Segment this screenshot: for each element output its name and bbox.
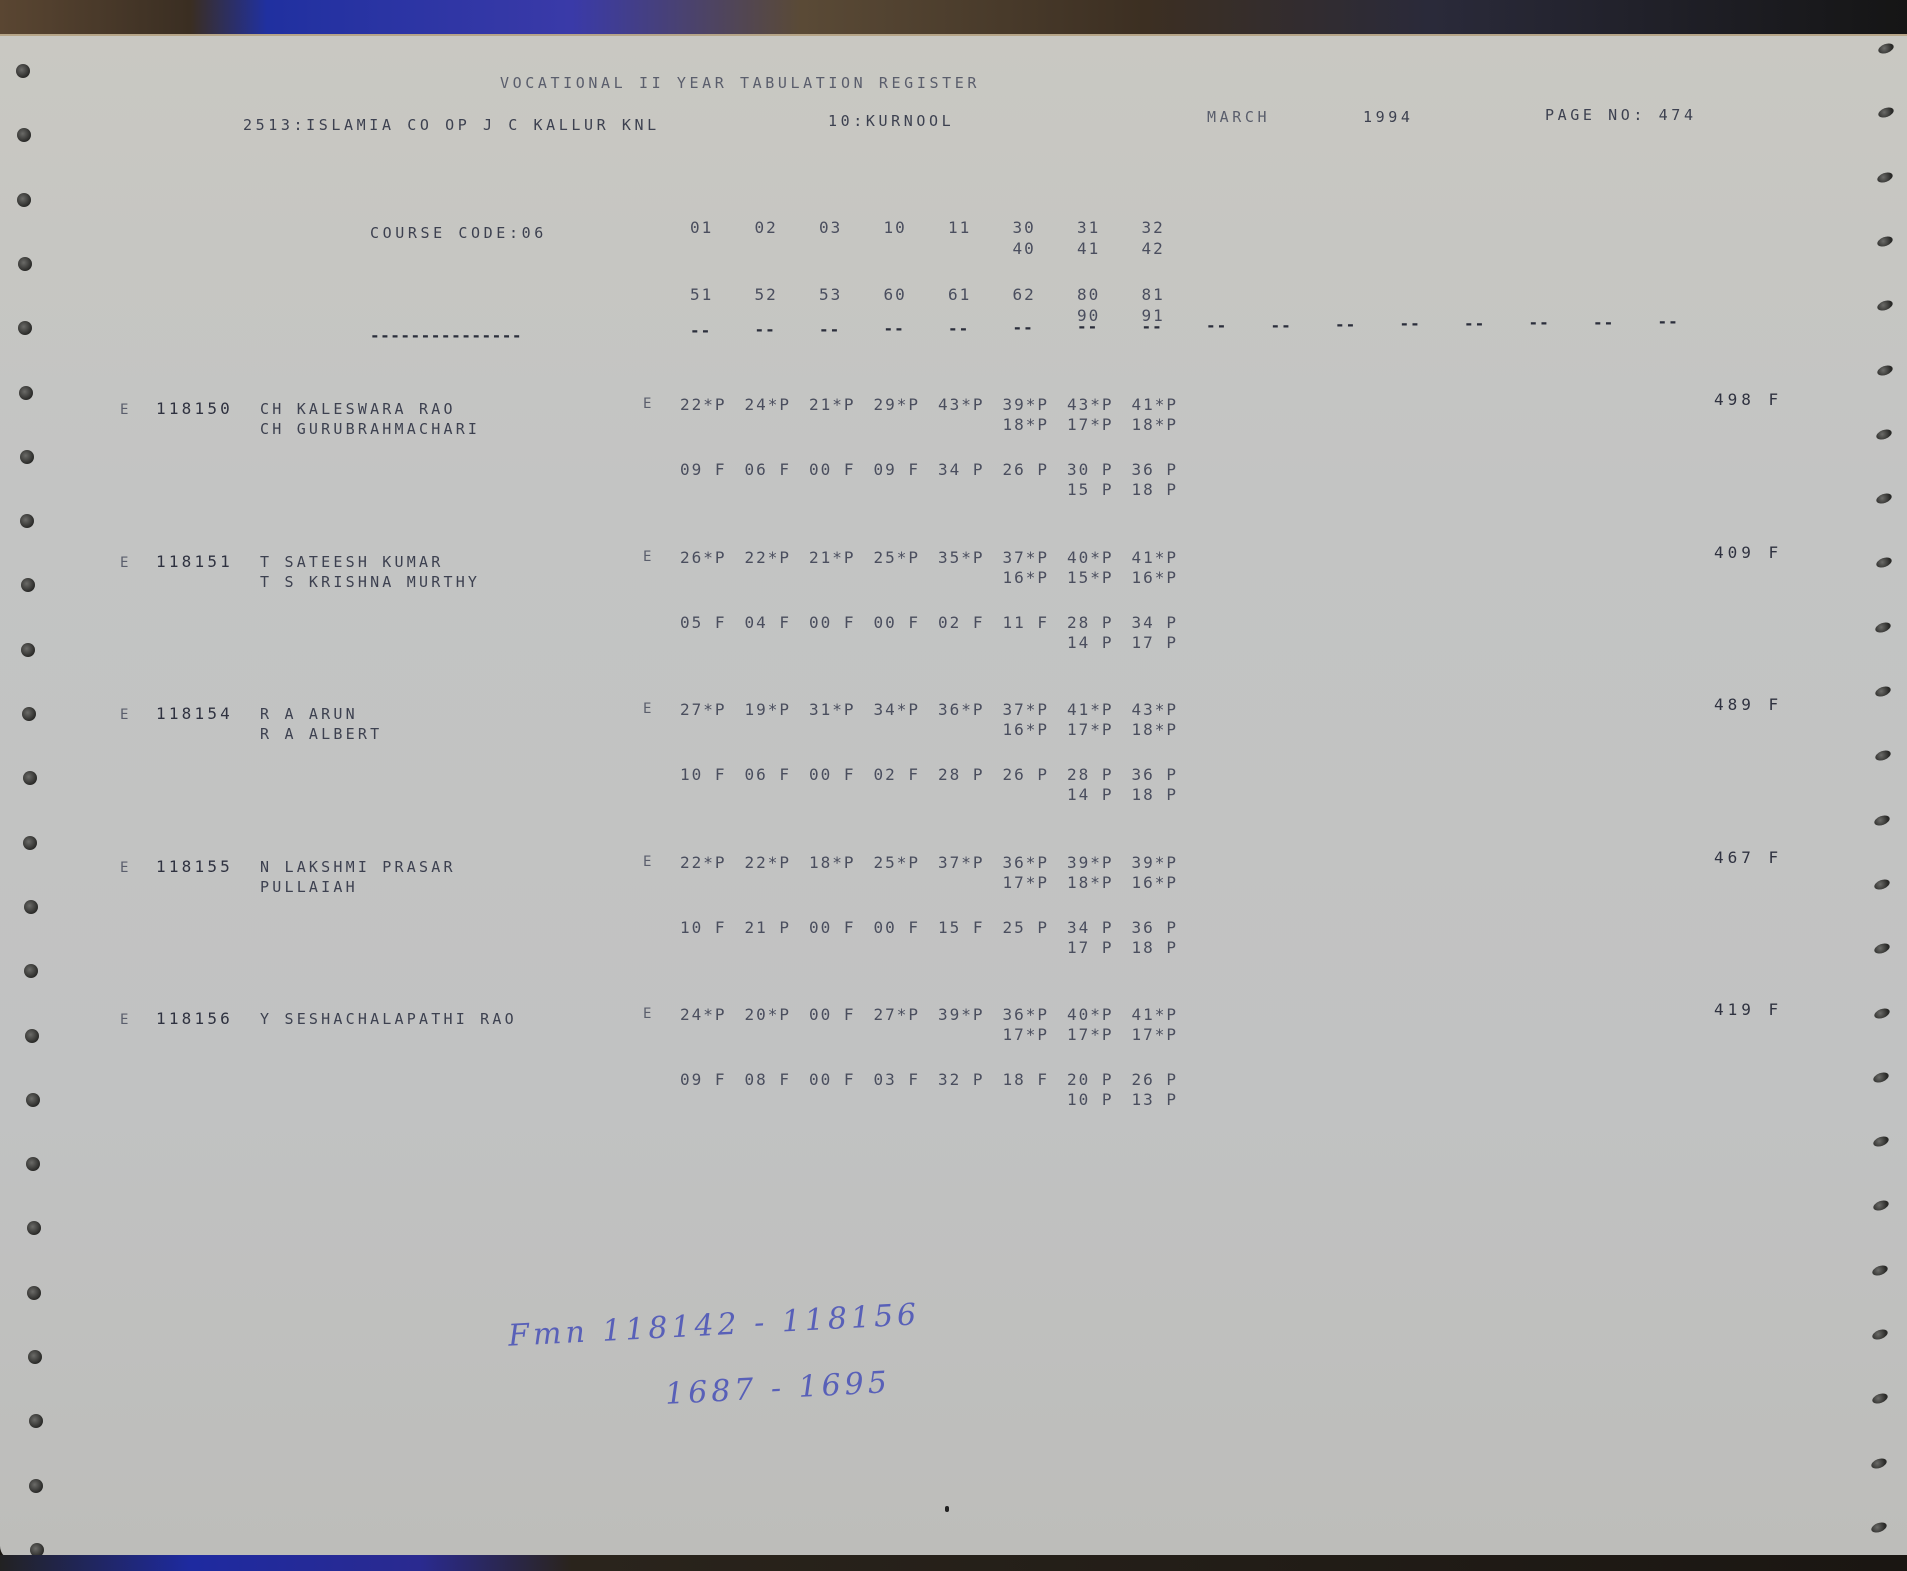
year2-mark: 02 F xyxy=(874,765,921,784)
feed-hole xyxy=(23,771,37,785)
father-name: PULLAIAH xyxy=(260,878,358,896)
column-header: 02 xyxy=(755,218,778,237)
feed-hole xyxy=(27,1286,41,1300)
year2-mark: 09 F xyxy=(874,460,921,479)
year2-mark: 08 F xyxy=(745,1070,792,1089)
feed-hole xyxy=(1877,42,1895,56)
student-name: R A ARUN xyxy=(260,705,358,723)
year1-mark: 31*P xyxy=(809,700,856,719)
student-name: Y SESHACHALAPATHI RAO xyxy=(260,1010,517,1028)
year2-mark: 06 F xyxy=(745,460,792,479)
year2-mark: 26 P xyxy=(1003,765,1050,784)
roll-number: 118154 xyxy=(156,704,233,723)
year1-mark: 18*P xyxy=(1067,873,1114,892)
year2-mark: 02 F xyxy=(938,613,985,632)
column-header: 01 xyxy=(690,218,713,237)
feed-hole xyxy=(21,578,35,592)
feed-hole xyxy=(18,321,32,335)
father-name: CH GURUBRAHMACHARI xyxy=(260,420,480,438)
feed-hole xyxy=(1871,1392,1889,1406)
printout-page: VOCATIONAL II YEAR TABULATION REGISTER 2… xyxy=(0,34,1907,1560)
year2-mark: 03 F xyxy=(874,1070,921,1089)
column-separator: -- xyxy=(1658,312,1679,331)
feed-hole xyxy=(26,1093,40,1107)
column-header: 31 xyxy=(1077,218,1100,237)
year1-mark: 41*P xyxy=(1067,700,1114,719)
student-name: N LAKSHMI PRASAR xyxy=(260,858,456,876)
column-header: 52 xyxy=(755,285,778,304)
page-number: PAGE NO: 474 xyxy=(1545,106,1697,124)
column-header: 51 xyxy=(690,285,713,304)
year1-mark: 39*P xyxy=(1003,395,1050,414)
feed-hole xyxy=(17,128,31,142)
column-header: 61 xyxy=(948,285,971,304)
ink-speck xyxy=(945,1506,949,1512)
feed-hole xyxy=(1875,556,1893,570)
feed-hole xyxy=(1877,106,1895,120)
column-header: 30 xyxy=(1013,218,1036,237)
year2-mark: 06 F xyxy=(745,765,792,784)
feed-hole xyxy=(1874,620,1892,634)
year2-mark: 14 P xyxy=(1067,633,1114,652)
feed-hole xyxy=(1872,1070,1890,1084)
year2-mark: 36 P xyxy=(1132,918,1179,937)
background-top-edge xyxy=(0,0,1907,36)
handwritten-note-line-2: 1687 - 1695 xyxy=(664,1365,891,1412)
feed-hole xyxy=(17,193,31,207)
year1-mark: 18*P xyxy=(1003,415,1050,434)
year1-mark: 18*P xyxy=(809,853,856,872)
column-separator: -- xyxy=(1335,315,1356,334)
total-result: 489 F xyxy=(1714,695,1782,714)
column-header: 41 xyxy=(1077,239,1100,258)
year2-mark: 30 P xyxy=(1067,460,1114,479)
column-header: 10 xyxy=(884,218,907,237)
year1-mark: 21*P xyxy=(809,395,856,414)
column-header: 53 xyxy=(819,285,842,304)
feed-hole xyxy=(1873,942,1891,956)
feed-hole xyxy=(1874,685,1892,699)
handwritten-note-line-1: Fmn 118142 - 118156 xyxy=(507,1297,921,1354)
feed-hole xyxy=(18,257,32,271)
column-header: 60 xyxy=(884,285,907,304)
marks-medium: E xyxy=(643,701,655,717)
roll-number: 118156 xyxy=(156,1009,233,1028)
year1-mark: 24*P xyxy=(680,1005,727,1024)
year2-mark: 34 P xyxy=(938,460,985,479)
year2-mark: 28 P xyxy=(938,765,985,784)
year2-mark: 10 P xyxy=(1067,1090,1114,1109)
column-header: 03 xyxy=(819,218,842,237)
feed-hole xyxy=(1870,1520,1888,1534)
year2-mark: 14 P xyxy=(1067,785,1114,804)
year2-mark: 13 P xyxy=(1132,1090,1179,1109)
feed-hole xyxy=(29,1414,43,1428)
column-separator: -- xyxy=(1271,316,1292,335)
year2-mark: 09 F xyxy=(680,460,727,479)
year1-mark: 22*P xyxy=(745,548,792,567)
year1-mark: 41*P xyxy=(1132,548,1179,567)
feed-hole xyxy=(1872,1199,1890,1213)
column-separator: -- xyxy=(1013,318,1034,337)
medium-code: E xyxy=(120,555,132,571)
year2-mark: 28 P xyxy=(1067,765,1114,784)
year1-mark: 43*P xyxy=(1067,395,1114,414)
feed-hole xyxy=(1875,363,1893,377)
year1-mark: 41*P xyxy=(1132,395,1179,414)
column-header: 11 xyxy=(948,218,971,237)
marks-medium: E xyxy=(643,854,655,870)
year2-mark: 11 F xyxy=(1003,613,1050,632)
father-name: R A ALBERT xyxy=(260,725,382,743)
college-name: 2513:ISLAMIA CO OP J C KALLUR KNL xyxy=(243,116,660,134)
year1-mark: 19*P xyxy=(745,700,792,719)
column-separator: -- xyxy=(1400,314,1421,333)
year1-mark: 17*P xyxy=(1132,1025,1179,1044)
column-separator: -- xyxy=(755,320,776,339)
year1-mark: 16*P xyxy=(1003,568,1050,587)
year1-mark: 16*P xyxy=(1132,873,1179,892)
year2-mark: 25 P xyxy=(1003,918,1050,937)
total-result: 419 F xyxy=(1714,1000,1782,1019)
column-header: 62 xyxy=(1013,285,1036,304)
district: 10:KURNOOL xyxy=(828,112,954,130)
total-result: 467 F xyxy=(1714,848,1782,867)
feed-hole xyxy=(23,836,37,850)
year1-mark: 25*P xyxy=(874,548,921,567)
year2-mark: 18 P xyxy=(1132,785,1179,804)
column-header: 42 xyxy=(1142,239,1165,258)
medium-code: E xyxy=(120,707,132,723)
year2-mark: 00 F xyxy=(809,1070,856,1089)
year1-mark: 17*P xyxy=(1003,873,1050,892)
year1-mark: 17*P xyxy=(1067,1025,1114,1044)
year2-mark: 10 F xyxy=(680,765,727,784)
year1-mark: 17*P xyxy=(1003,1025,1050,1044)
year1-mark: 25*P xyxy=(874,853,921,872)
column-separator: -- xyxy=(1206,316,1227,335)
year1-mark: 22*P xyxy=(680,395,727,414)
feed-hole xyxy=(1873,877,1891,891)
year2-mark: 34 P xyxy=(1067,918,1114,937)
feed-hole xyxy=(1876,234,1894,248)
year2-mark: 20 P xyxy=(1067,1070,1114,1089)
column-separator: -- xyxy=(690,321,711,340)
year1-mark: 17*P xyxy=(1067,415,1114,434)
medium-code: E xyxy=(120,1012,132,1028)
year1-mark: 18*P xyxy=(1132,415,1179,434)
year1-mark: 37*P xyxy=(938,853,985,872)
course-code: COURSE CODE:06 xyxy=(370,224,547,242)
year1-mark: 37*P xyxy=(1003,548,1050,567)
year2-mark: 26 P xyxy=(1003,460,1050,479)
column-header: 40 xyxy=(1013,239,1036,258)
father-name: T S KRISHNA MURTHY xyxy=(260,573,480,591)
student-name: CH KALESWARA RAO xyxy=(260,400,456,418)
year1-mark: 36*P xyxy=(1003,853,1050,872)
feed-hole xyxy=(27,1221,41,1235)
feed-hole xyxy=(1875,492,1893,506)
marks-medium: E xyxy=(643,549,655,565)
student-name: T SATEESH KUMAR xyxy=(260,553,443,571)
year2-mark: 34 P xyxy=(1132,613,1179,632)
year1-mark: 36*P xyxy=(1003,1005,1050,1024)
year2-mark: 00 F xyxy=(809,765,856,784)
feed-hole xyxy=(19,386,33,400)
medium-code: E xyxy=(120,402,132,418)
feed-hole xyxy=(22,707,36,721)
year1-mark: 22*P xyxy=(680,853,727,872)
year2-mark: 36 P xyxy=(1132,765,1179,784)
column-header: 80 xyxy=(1077,285,1100,304)
feed-hole xyxy=(25,1029,39,1043)
marks-medium: E xyxy=(643,1006,655,1022)
feed-hole xyxy=(1871,1263,1889,1277)
column-separator: -- xyxy=(1593,313,1614,332)
feed-hole xyxy=(26,1157,40,1171)
year2-mark: 05 F xyxy=(680,613,727,632)
document-title: VOCATIONAL II YEAR TABULATION REGISTER xyxy=(500,74,980,92)
year1-mark: 41*P xyxy=(1132,1005,1179,1024)
column-separator: -- xyxy=(948,319,969,338)
exam-year: 1994 xyxy=(1363,108,1414,126)
year2-mark: 15 F xyxy=(938,918,985,937)
feed-hole xyxy=(1871,1328,1889,1342)
medium-code: E xyxy=(120,860,132,876)
feed-hole xyxy=(1875,427,1893,441)
year1-mark: 16*P xyxy=(1003,720,1050,739)
feed-hole xyxy=(1872,1006,1890,1020)
feed-hole xyxy=(24,900,38,914)
year2-mark: 00 F xyxy=(809,460,856,479)
year2-mark: 15 P xyxy=(1067,480,1114,499)
year2-mark: 21 P xyxy=(745,918,792,937)
feed-hole xyxy=(21,643,35,657)
year2-mark: 10 F xyxy=(680,918,727,937)
year1-mark: 43*P xyxy=(938,395,985,414)
column-separator: -- xyxy=(1464,314,1485,333)
year2-mark: 00 F xyxy=(874,613,921,632)
year1-mark: 24*P xyxy=(745,395,792,414)
year1-mark: 27*P xyxy=(680,700,727,719)
year1-mark: 21*P xyxy=(809,548,856,567)
year1-mark: 43*P xyxy=(1132,700,1179,719)
year1-mark: 39*P xyxy=(1132,853,1179,872)
year1-mark: 34*P xyxy=(874,700,921,719)
year1-mark: 39*P xyxy=(938,1005,985,1024)
column-separator: -- xyxy=(1142,317,1163,336)
year1-mark: 20*P xyxy=(745,1005,792,1024)
column-header: 81 xyxy=(1142,285,1165,304)
year1-mark: 27*P xyxy=(874,1005,921,1024)
left-separator: --------------- xyxy=(370,326,522,345)
year1-mark: 36*P xyxy=(938,700,985,719)
year2-mark: 26 P xyxy=(1132,1070,1179,1089)
total-result: 409 F xyxy=(1714,543,1782,562)
total-result: 498 F xyxy=(1714,390,1782,409)
feed-hole xyxy=(16,64,30,78)
year2-mark: 04 F xyxy=(745,613,792,632)
feed-hole xyxy=(1872,1135,1890,1149)
feed-hole xyxy=(1873,813,1891,827)
feed-hole xyxy=(24,964,38,978)
year1-mark: 26*P xyxy=(680,548,727,567)
exam-month: MARCH xyxy=(1207,108,1270,126)
year1-mark: 39*P xyxy=(1067,853,1114,872)
year1-mark: 16*P xyxy=(1132,568,1179,587)
year1-mark: 35*P xyxy=(938,548,985,567)
background-bottom-edge xyxy=(0,1555,1907,1571)
year1-mark: 00 F xyxy=(809,1005,856,1024)
year1-mark: 18*P xyxy=(1132,720,1179,739)
year2-mark: 18 P xyxy=(1132,480,1179,499)
column-separator: -- xyxy=(884,319,905,338)
column-separator: -- xyxy=(819,320,840,339)
year2-mark: 09 F xyxy=(680,1070,727,1089)
year2-mark: 00 F xyxy=(874,918,921,937)
feed-hole xyxy=(20,514,34,528)
roll-number: 118155 xyxy=(156,857,233,876)
roll-number: 118151 xyxy=(156,552,233,571)
feed-hole xyxy=(29,1479,43,1493)
year2-mark: 17 P xyxy=(1132,633,1179,652)
year2-mark: 17 P xyxy=(1067,938,1114,957)
year1-mark: 29*P xyxy=(874,395,921,414)
column-separator: -- xyxy=(1529,313,1550,332)
year1-mark: 22*P xyxy=(745,853,792,872)
roll-number: 118150 xyxy=(156,399,233,418)
feed-hole xyxy=(1876,170,1894,184)
year2-mark: 32 P xyxy=(938,1070,985,1089)
column-separator: -- xyxy=(1077,317,1098,336)
year2-mark: 18 F xyxy=(1003,1070,1050,1089)
year2-mark: 18 P xyxy=(1132,938,1179,957)
year1-mark: 40*P xyxy=(1067,1005,1114,1024)
year1-mark: 15*P xyxy=(1067,568,1114,587)
year2-mark: 00 F xyxy=(809,613,856,632)
column-header: 32 xyxy=(1142,218,1165,237)
feed-hole xyxy=(28,1350,42,1364)
year1-mark: 40*P xyxy=(1067,548,1114,567)
feed-hole xyxy=(1874,749,1892,763)
year2-mark: 00 F xyxy=(809,918,856,937)
year2-mark: 36 P xyxy=(1132,460,1179,479)
year1-mark: 17*P xyxy=(1067,720,1114,739)
feed-hole xyxy=(1870,1456,1888,1470)
year2-mark: 28 P xyxy=(1067,613,1114,632)
feed-hole xyxy=(20,450,34,464)
year1-mark: 37*P xyxy=(1003,700,1050,719)
feed-hole xyxy=(1876,299,1894,313)
marks-medium: E xyxy=(643,396,655,412)
